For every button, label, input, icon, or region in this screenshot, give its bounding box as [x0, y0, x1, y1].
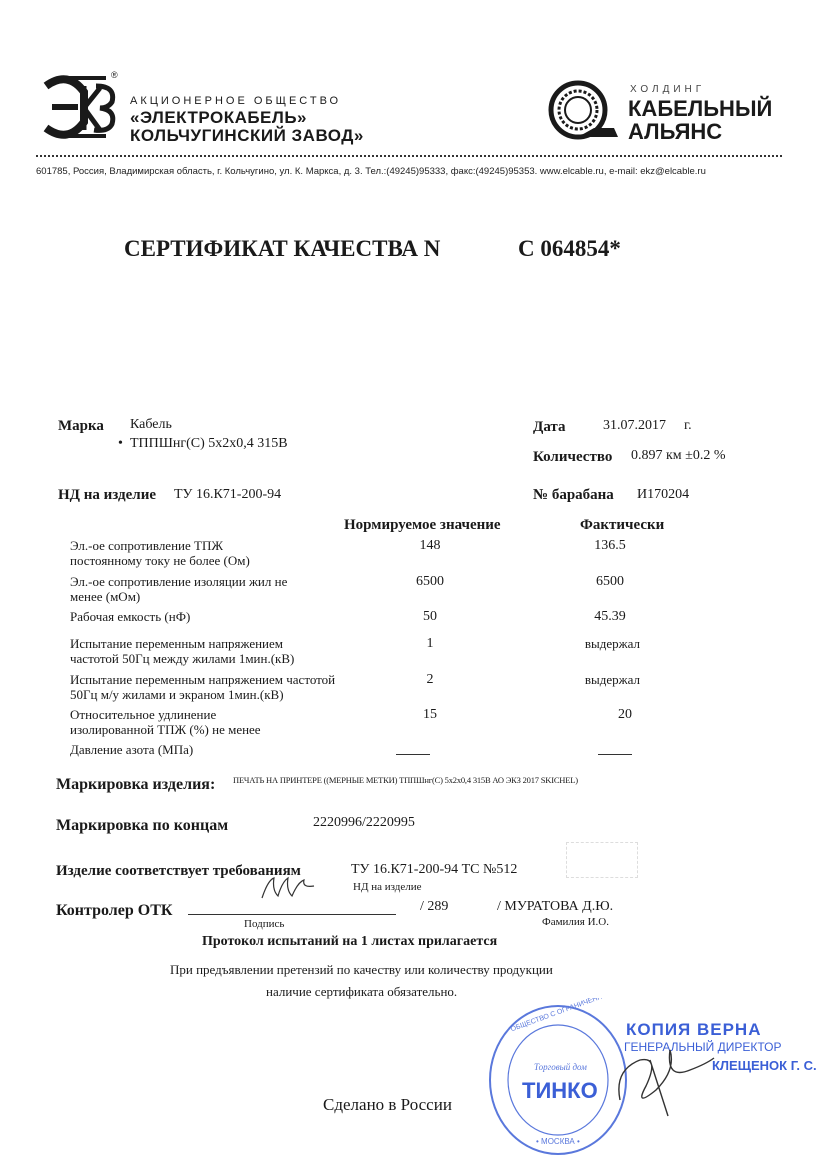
norm-value: 2	[390, 672, 470, 688]
param-line1: Относительное удлинение	[70, 707, 370, 722]
director-signature	[610, 1030, 720, 1125]
actual-value: 45.39	[570, 609, 650, 625]
param-name: Эл.-ое сопротивление ТПЖпостоянному току…	[70, 538, 370, 568]
controller-signature	[258, 872, 328, 907]
param-line2: менее (мОм)	[70, 589, 370, 604]
param-line1: Испытание переменным напряжением	[70, 636, 370, 651]
param-line1: Рабочая емкость (нФ)	[70, 609, 370, 624]
product-marking-value: ПЕЧАТЬ НА ПРИНТЕРЕ ((МЕРНЫЕ МЕТКИ) ТППШн…	[233, 775, 578, 785]
norm-value: 1	[390, 636, 470, 652]
controller-name: / МУРАТОВА Д.Ю.	[497, 899, 613, 915]
param-line2: постоянному току не более (Ом)	[70, 553, 370, 568]
nd-label: НД на изделие	[58, 487, 156, 504]
org-name-line1: «ЭЛЕКТРОКАБЕЛЬ»	[130, 108, 307, 128]
actual-value: 136.5	[570, 538, 650, 554]
param-name: Относительное удлинениеизолированной ТПЖ…	[70, 707, 370, 737]
controller-number: / 289	[420, 899, 448, 915]
brand-label: Марка	[58, 418, 104, 435]
product-marking-label: Маркировка изделия:	[56, 776, 215, 794]
brand-line2: ТППШнг(С) 5x2x0,4 315В	[130, 436, 288, 452]
compliance-value: ТУ 16.К71-200-94 ТС №512	[351, 862, 517, 878]
ekz-logo	[38, 72, 118, 142]
brand-bullet: •	[118, 436, 123, 452]
drum-value: И170204	[637, 487, 689, 503]
col-normative: Нормируемое значение	[344, 517, 501, 534]
ends-marking-label: Маркировка по концам	[56, 817, 228, 835]
actual-value: 6500	[570, 574, 650, 590]
registered-mark: ®	[111, 70, 118, 80]
param-line2: 50Гц м/у жилами и экраном 1мин.(кВ)	[70, 687, 370, 702]
actual-value: выдержал	[560, 672, 640, 688]
param-name: Рабочая емкость (нФ)	[70, 609, 370, 624]
org-name-line2: КОЛЬЧУГИНСКИЙ ЗАВОД»	[130, 126, 364, 146]
org-type: АКЦИОНЕРНОЕ ОБЩЕСТВО	[130, 95, 341, 107]
protocol-note: Протокол испытаний на 1 листах прилагает…	[202, 934, 497, 950]
name-caption: Фамилия И.О.	[542, 916, 609, 928]
actual-empty	[598, 754, 632, 755]
param-name: Давление азота (МПа)	[70, 742, 370, 757]
signature-caption: Подпись	[244, 918, 284, 930]
nd-value: ТУ 16.К71-200-94	[174, 487, 281, 503]
quantity-value: 0.897 км ±0.2 %	[631, 448, 726, 464]
param-line2: изолированной ТПЖ (%) не менее	[70, 722, 370, 737]
actual-value: 20	[552, 707, 632, 723]
svg-text:ОБЩЕСТВО С ОГРАНИЧЕННОЙ ОТВЕТС: ОБЩЕСТВО С ОГРАНИЧЕННОЙ ОТВЕТСТВЕННОСТЬЮ…	[509, 998, 636, 1033]
norm-value: 6500	[390, 574, 470, 590]
norm-empty	[396, 754, 430, 755]
holding-label: ХОЛДИНГ	[630, 84, 705, 95]
date-label: Дата	[533, 419, 565, 436]
date-value: 31.07.2017	[603, 418, 666, 434]
claims-notice-line1: При предъявлении претензий по качеству и…	[170, 962, 553, 978]
svg-text:ТИНКО: ТИНКО	[522, 1078, 598, 1103]
director-name: КЛЕЩЕНОК Г. С.	[712, 1058, 817, 1073]
brand-line1: Кабель	[130, 417, 172, 433]
cable-alliance-logo	[548, 80, 620, 140]
param-name: Испытание переменным напряжением частото…	[70, 672, 370, 702]
norm-value: 50	[390, 609, 470, 625]
quantity-label: Количество	[533, 449, 612, 466]
certificate-title: СЕРТИФИКАТ КАЧЕСТВА N	[124, 236, 440, 262]
header-divider	[36, 155, 782, 157]
param-line1: Эл.-ое сопротивление ТПЖ	[70, 538, 370, 553]
actual-value: выдержал	[560, 636, 640, 652]
made-in-russia: Сделано в России	[323, 1095, 452, 1115]
norm-value: 148	[390, 538, 470, 554]
holding-name-line2: АЛЬЯНС	[628, 119, 722, 145]
claims-notice-line2: наличие сертификата обязательно.	[266, 984, 457, 1000]
param-name: Испытание переменным напряжениемчастотой…	[70, 636, 370, 666]
svg-text:Торговый дом: Торговый дом	[534, 1062, 587, 1072]
certificate-number: С 064854*	[518, 236, 621, 262]
param-line1: Эл.-ое сопротивление изоляции жил не	[70, 574, 370, 589]
param-line1: Испытание переменным напряжением частото…	[70, 672, 370, 687]
drum-label: № барабана	[533, 487, 614, 504]
col-actual: Фактически	[580, 517, 664, 534]
controller-label: Контролер ОТК	[56, 902, 172, 920]
svg-text:• МОСКВА •: • МОСКВА •	[536, 1137, 580, 1146]
date-suffix: г.	[684, 418, 692, 434]
compliance-caption: НД на изделие	[353, 881, 422, 893]
norm-value: 15	[390, 707, 470, 723]
param-line1: Давление азота (МПа)	[70, 742, 370, 757]
signature-line	[188, 914, 396, 915]
faint-stamp	[566, 842, 638, 878]
ends-marking-value: 2220996/2220995	[313, 815, 415, 831]
company-address: 601785, Россия, Владимирская область, г.…	[36, 166, 706, 177]
param-name: Эл.-ое сопротивление изоляции жил немене…	[70, 574, 370, 604]
param-line2: частотой 50Гц между жилами 1мин.(кВ)	[70, 651, 370, 666]
